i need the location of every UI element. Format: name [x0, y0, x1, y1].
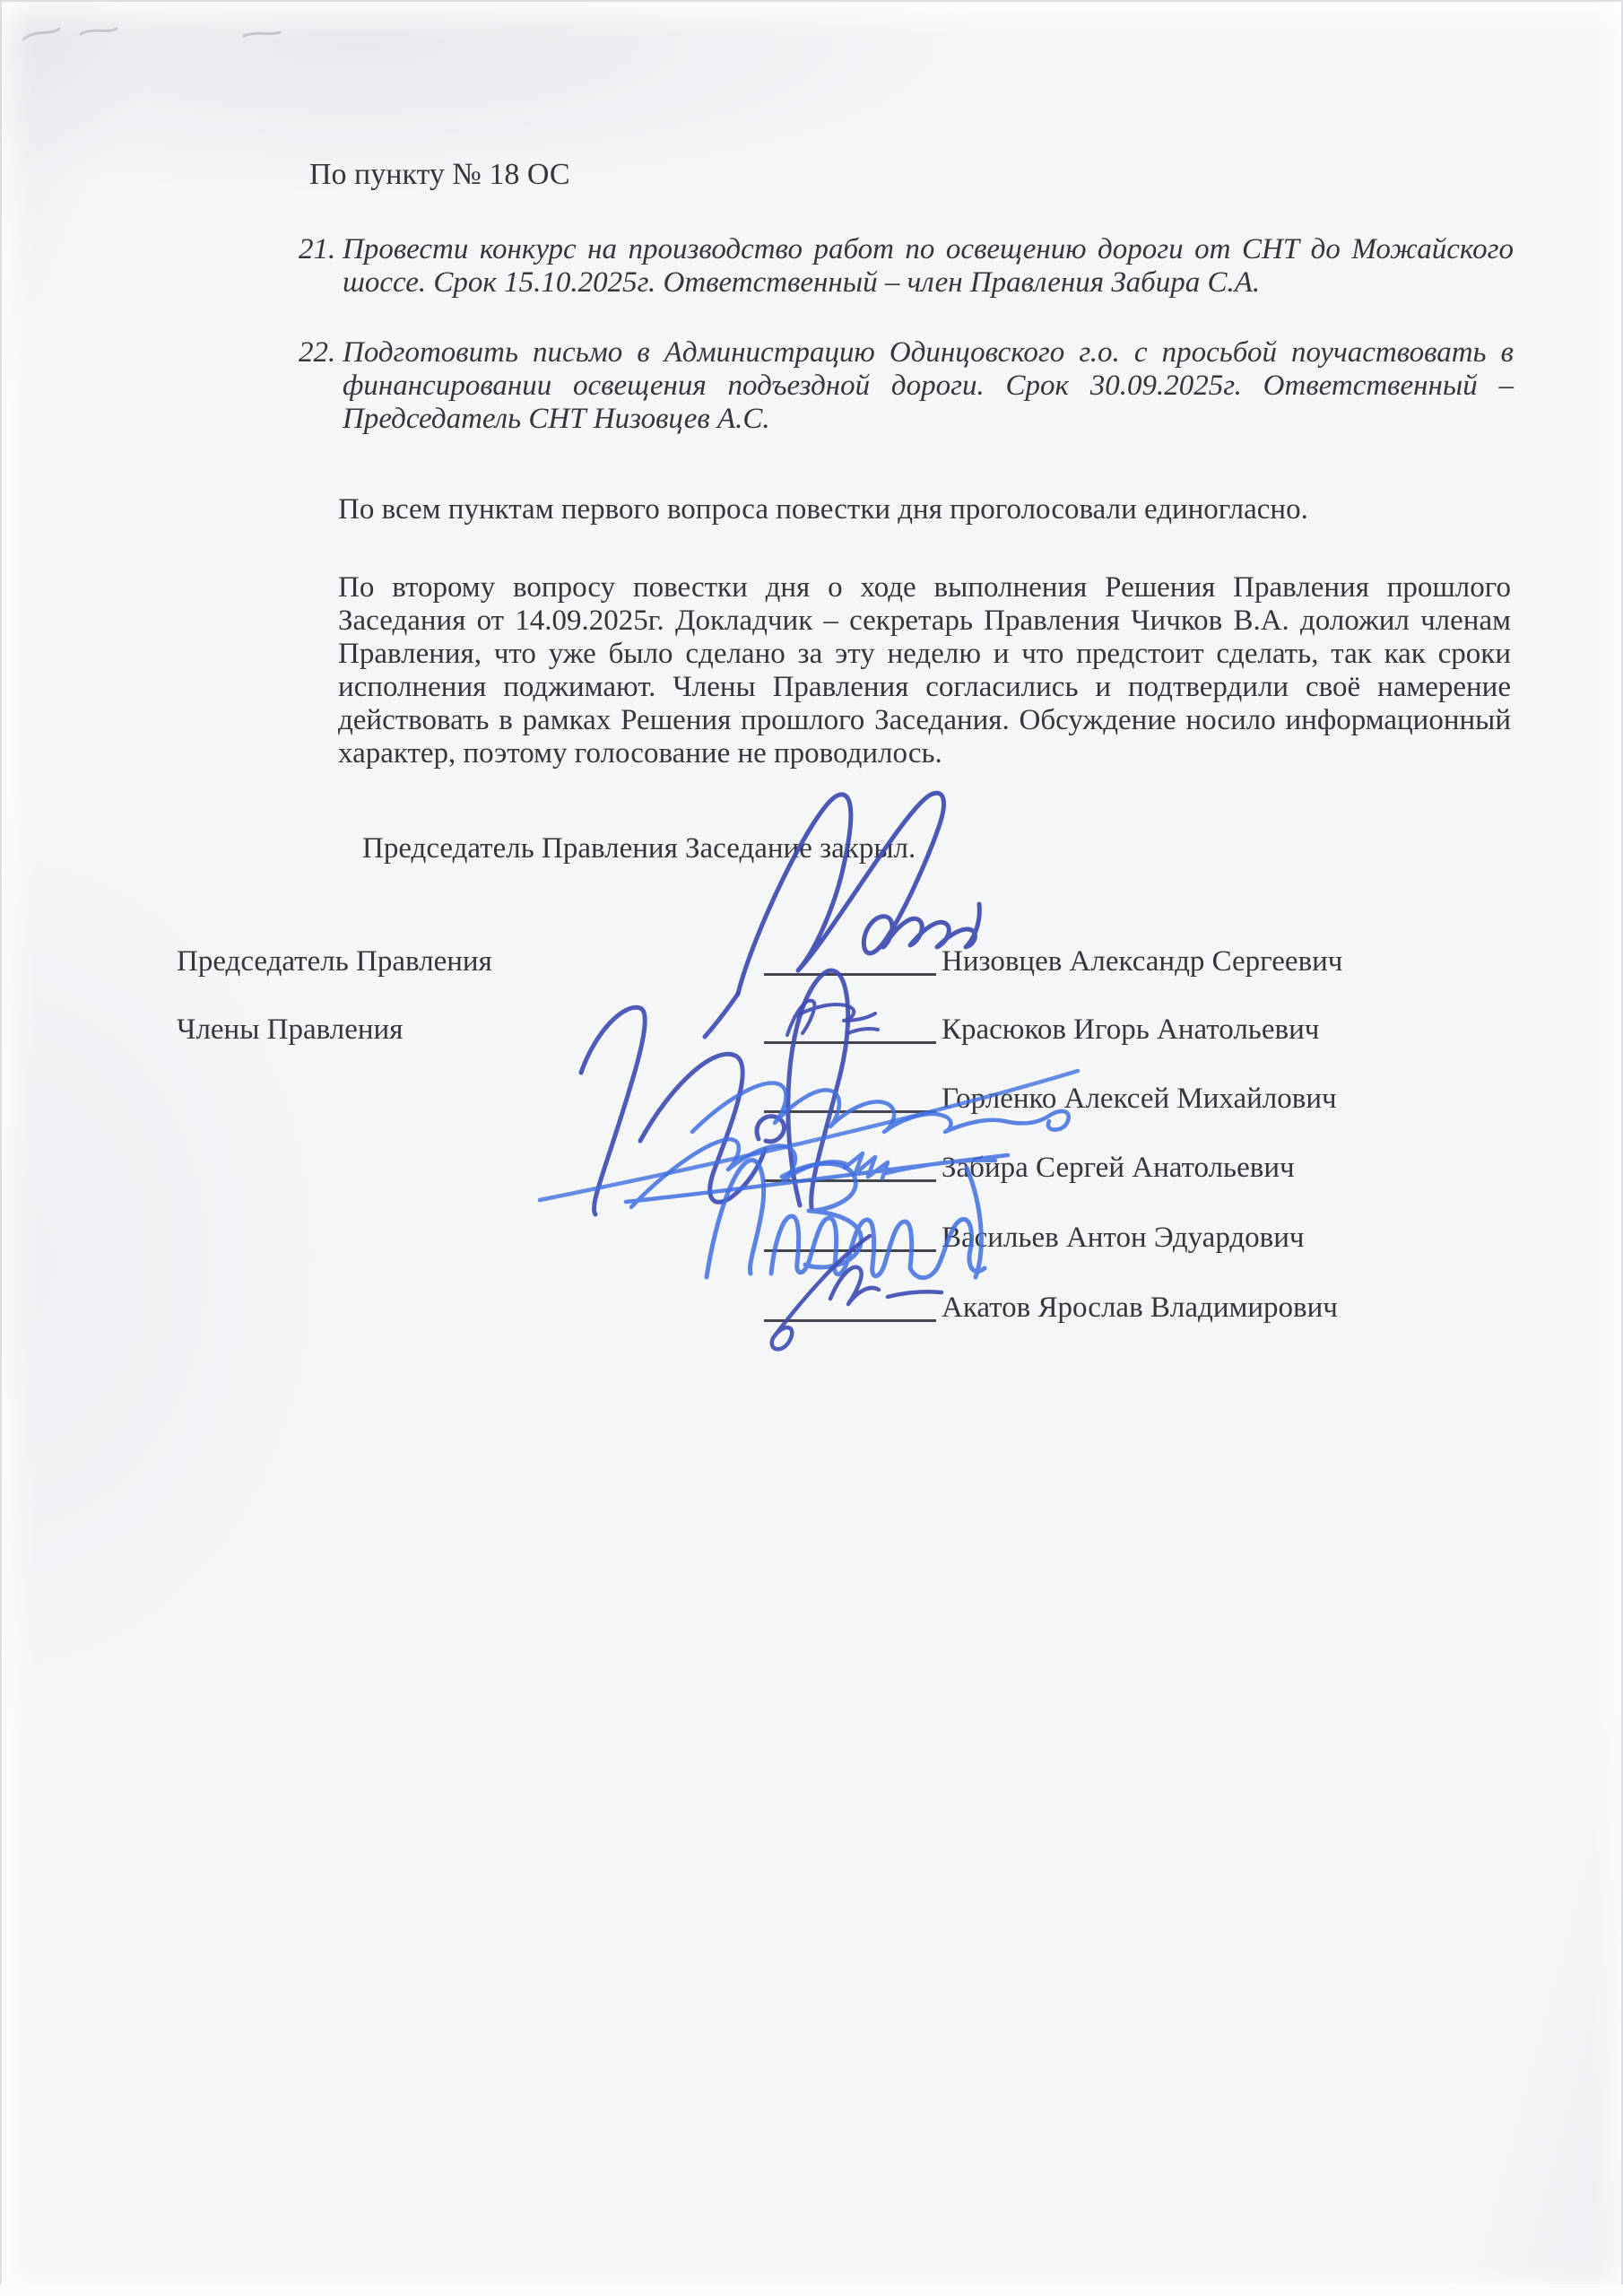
members-label: Члены Правления — [177, 1013, 403, 1047]
scanner-bottom-edge — [0, 2284, 1623, 2296]
signature-line — [764, 964, 936, 976]
signatory-name: Забира Сергей Анатольевич — [942, 1152, 1295, 1184]
item-number: 21. — [299, 233, 343, 300]
signatory-name: Низовцев Александр Сергеевич — [942, 945, 1342, 978]
signature-group: Васильев Антон Эдуардович — [764, 1222, 1305, 1255]
signatory-name: Красюков Игорь Анатольевич — [942, 1013, 1319, 1046]
signature-line — [764, 1240, 936, 1252]
item-number: 22. — [299, 336, 343, 436]
signature-row-member: Васильев Антон Эдуардович — [177, 1222, 1575, 1263]
signature-line — [764, 1170, 936, 1182]
section-header: По пункту № 18 ОС — [309, 158, 570, 192]
signature-row-chairman: Председатель Правления Низовцев Александ… — [177, 945, 1575, 987]
signature-line — [764, 1310, 936, 1322]
signatory-name: Васильев Антон Эдуардович — [942, 1222, 1305, 1254]
chairman-label: Председатель Правления — [177, 945, 492, 978]
signature-row-member: Горленко Алексей Михайлович — [177, 1083, 1575, 1124]
resolution-item-21: 21. Провести конкурс на производство раб… — [299, 233, 1514, 300]
scan-scratch-mark — [23, 29, 280, 39]
signature-row-member: Забира Сергей Анатольевич — [177, 1152, 1575, 1193]
signature-group: Акатов Ярослав Владимирович — [764, 1291, 1338, 1325]
signature-group: Красюков Игорь Анатольевич — [764, 1013, 1319, 1047]
signature-group: Низовцев Александр Сергеевич — [764, 945, 1342, 978]
resolution-item-22: 22. Подготовить письмо в Администрацию О… — [299, 336, 1514, 436]
signature-row-member: Члены Правления Красюков Игорь Анатольев… — [177, 1013, 1575, 1055]
paragraph-vote-result: По всем пунктам первого вопроса повестки… — [338, 493, 1511, 526]
signatory-name: Акатов Ярослав Владимирович — [942, 1291, 1338, 1324]
signature-group: Забира Сергей Анатольевич — [764, 1152, 1295, 1185]
signature-line — [764, 1032, 936, 1044]
signature-row-member: Акатов Ярослав Владимирович — [177, 1291, 1575, 1333]
paragraph-meeting-closed: Председатель Правления Заседание закрыл. — [362, 832, 1535, 865]
paragraph-second-question: По второму вопросу повестки дня о ходе в… — [338, 571, 1511, 770]
item-text: Провести конкурс на производство работ п… — [343, 233, 1514, 300]
signatory-name: Горленко Алексей Михайлович — [942, 1083, 1337, 1115]
scanned-document-page: По пункту № 18 ОС 21. Провести конкурс н… — [0, 0, 1623, 2296]
signature-line — [764, 1101, 936, 1113]
item-text: Подготовить письмо в Администрацию Одинц… — [343, 336, 1514, 436]
signature-group: Горленко Алексей Михайлович — [764, 1083, 1337, 1116]
